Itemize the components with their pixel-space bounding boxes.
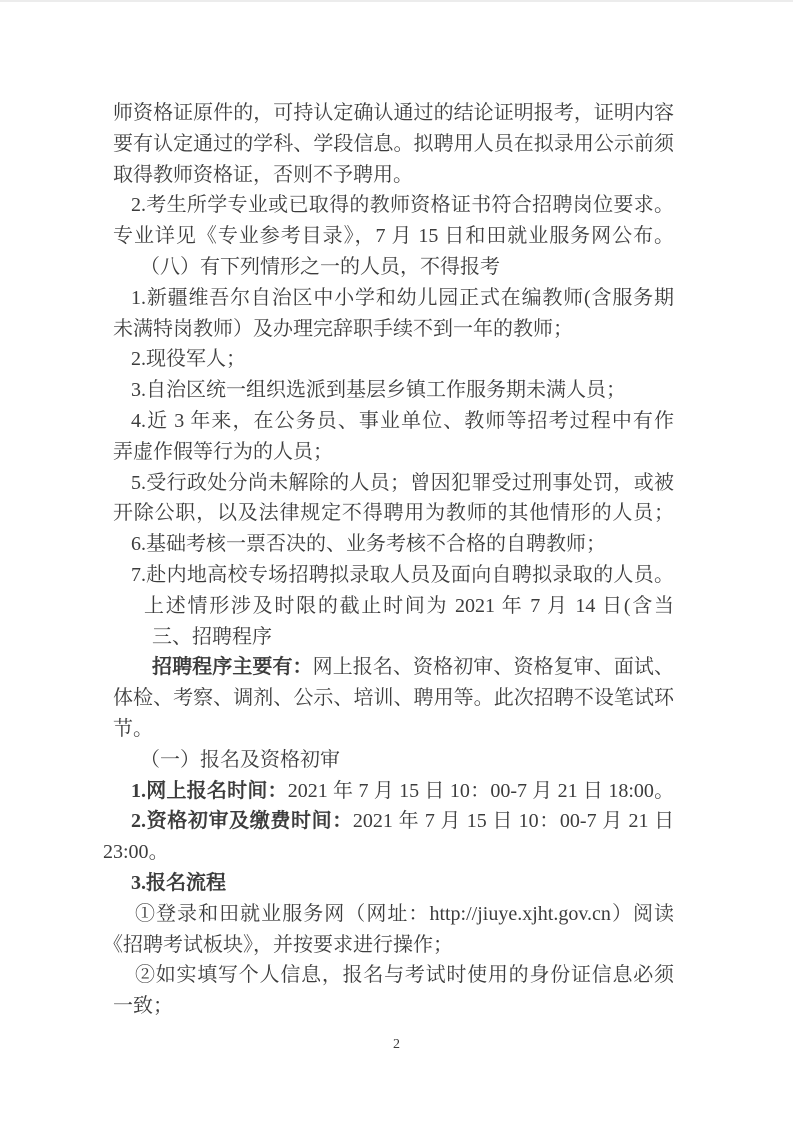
- text-segment: 15: [394, 780, 424, 802]
- text-line: （八）有下列情形之一的人员，不得报考: [140, 252, 500, 283]
- text-segment: 自治区统一组织选派到基层乡镇工作服务期未满人员；: [146, 379, 626, 401]
- text-line: （一）报名及资格初审: [140, 745, 340, 776]
- text-segment: 师资格证原件的，可持认定确认通过的结论证明报考，证明内容: [113, 102, 674, 124]
- text-segment: 年: [333, 780, 353, 802]
- text-segment: 00-7: [560, 810, 602, 832]
- text-segment: 3: [168, 410, 190, 432]
- text-segment: 3.: [131, 872, 146, 894]
- text-segment: 月: [532, 780, 552, 802]
- text-line: ②如实填写个人信息，报名与考试时使用的身份证信息必须: [135, 960, 674, 991]
- text-segment: 年: [399, 810, 420, 832]
- text-line: 招聘程序主要有：网上报名、资格初审、资格复审、面试、: [152, 652, 674, 683]
- text-segment: 上述情形涉及时限的截止时间为: [144, 595, 448, 617]
- text-segment: 月: [602, 810, 623, 832]
- text-segment: 月: [440, 810, 461, 832]
- text-segment: 23:00: [103, 841, 149, 863]
- text-line: 专业详见《专业参考目录》，7 月 15 日和田就业服务网公布。: [113, 221, 674, 252]
- text-segment: 4.: [131, 410, 146, 432]
- text-segment: 考生所学专业或已取得的教师资格证书符合招聘岗位要求。: [146, 194, 674, 216]
- text-segment: 要有认定通过的学科、学段信息。拟聘用人员在拟录用公示前须: [113, 133, 674, 155]
- text-segment: 网上报名、资格初审、资格复审、面试、: [313, 656, 674, 678]
- text-line: 3.自治区统一组织选派到基层乡镇工作服务期未满人员；: [131, 375, 626, 406]
- text-segment: 网上报名时间：: [146, 780, 288, 802]
- text-segment: 7.: [131, 564, 146, 586]
- text-segment: ）阅读: [611, 903, 674, 925]
- text-segment: 15: [412, 225, 444, 247]
- text-line: 2.现役军人；: [131, 344, 246, 375]
- document-page: 师资格证原件的，可持认定确认通过的结论证明报考，证明内容要有认定通过的学科、学段…: [0, 0, 793, 1122]
- text-segment: 月: [392, 225, 413, 247]
- text-segment: (: [584, 287, 591, 309]
- text-segment: 基础考核一票否决的、业务考核不合格的自聘教师；: [146, 533, 606, 555]
- text-segment: 近: [146, 410, 168, 432]
- text-segment: 7: [419, 810, 440, 832]
- text-segment: 新疆维吾尔自治区中小学和幼儿园正式在编教师: [146, 287, 584, 309]
- text-segment: 2021: [353, 810, 399, 832]
- text-segment: 报名流程: [146, 872, 226, 894]
- text-segment: 10: [445, 780, 470, 802]
- text-line: 弄虚作假等行为的人员；: [113, 437, 333, 468]
- text-segment: 日: [583, 780, 603, 802]
- text-line: ①登录和田就业服务网（网址：http://jiuye.xjht.gov.cn）阅…: [135, 899, 674, 930]
- text-segment: 日: [424, 780, 444, 802]
- text-line: 节。: [113, 714, 153, 745]
- text-segment: 1.: [131, 287, 146, 309]
- text-segment: 5.: [131, 472, 146, 494]
- text-segment: 资格初审及缴费时间：: [146, 810, 353, 832]
- text-line: 上述情形涉及时限的截止时间为 2021 年 7 月 14 日(含当日)。: [144, 591, 674, 622]
- text-segment: 三、招聘程序: [152, 626, 272, 648]
- text-segment: 专业详见《专业参考目录》，: [113, 225, 376, 247]
- text-segment: 体检、考察、调剂、公示、培训、聘用等。此次招聘不设笔试环: [113, 687, 674, 709]
- text-segment: 7: [353, 780, 373, 802]
- text-segment: 2021: [288, 780, 333, 802]
- page-number: 2: [0, 1036, 793, 1054]
- text-segment: 15: [461, 810, 492, 832]
- text-segment: ②如实填写个人信息，报名与考试时使用的身份证信息必须: [135, 964, 674, 986]
- text-segment: ：: [470, 780, 490, 802]
- text-line: 体检、考察、调剂、公示、培训、聘用等。此次招聘不设笔试环: [113, 683, 674, 714]
- text-line: 6.基础考核一票否决的、业务考核不合格的自聘教师；: [131, 529, 606, 560]
- text-line: 一致；: [113, 991, 173, 1022]
- text-segment: 年: [502, 595, 524, 617]
- text-segment: 开除公职，以及法律规定不得聘用为教师的其他情形的人员；: [113, 502, 674, 524]
- text-segment: 14: [569, 595, 602, 617]
- text-segment: 月: [547, 595, 569, 617]
- text-segment: 一致；: [113, 995, 173, 1017]
- text-segment: 日: [602, 595, 624, 617]
- text-segment: 6.: [131, 533, 146, 555]
- text-line: 《招聘考试板块》，并按要求进行操作；: [103, 930, 453, 961]
- text-line: 2.考生所学专业或已取得的教师资格证书符合招聘岗位要求。: [131, 190, 674, 221]
- text-segment: （一）报名及资格初审: [140, 749, 340, 771]
- text-line: 未满特岗教师）及办理完辞职手续不到一年的教师；: [113, 314, 573, 345]
- text-segment: 受行政处分尚未解除的人员；曾因犯罪受过刑事处罚，或被: [146, 472, 674, 494]
- text-segment: 未满特岗教师）及办理完辞职手续不到一年的教师；: [113, 318, 573, 340]
- text-segment: 节。: [113, 718, 153, 740]
- text-segment: 年来，在公务员、事业单位、教师等招考过程中有作弊、: [131, 410, 674, 437]
- text-segment: 月: [374, 780, 394, 802]
- text-line: 7.赴内地高校专场招聘拟录取人员及面向自聘拟录取的人员。: [131, 560, 674, 591]
- text-line: 三、招聘程序: [152, 622, 272, 653]
- text-line: 2.资格初审及缴费时间：2021 年 7 月 15 日 10：00-7 月 21…: [131, 806, 674, 837]
- text-segment: 21: [623, 810, 654, 832]
- text-segment: 2.: [131, 194, 146, 216]
- text-segment: 日和田就业服务网公布。: [444, 225, 674, 247]
- text-line: 23:00。: [103, 837, 169, 868]
- document-body: 师资格证原件的，可持认定确认通过的结论证明报考，证明内容要有认定通过的学科、学段…: [0, 0, 793, 1122]
- text-segment: 7: [523, 595, 546, 617]
- text-segment: 。: [654, 780, 674, 802]
- text-line: 要有认定通过的学科、学段信息。拟聘用人员在拟录用公示前须: [113, 129, 674, 160]
- text-segment: ①登录和田就业服务网（网址：: [135, 903, 429, 925]
- text-segment: http://jiuye.xjht.gov.cn: [429, 903, 610, 925]
- text-segment: 取得教师资格证，否则不予聘用。: [113, 164, 413, 186]
- text-segment: ：: [539, 810, 560, 832]
- text-segment: 现役军人；: [146, 348, 246, 370]
- text-segment: 招聘程序主要有：: [152, 656, 313, 678]
- text-segment: 《招聘考试板块》，并按要求进行操作；: [103, 934, 453, 956]
- text-segment: 。: [149, 841, 169, 863]
- text-segment: 2.: [131, 810, 146, 832]
- text-segment: 7: [376, 225, 392, 247]
- text-line: 4.近 3 年来，在公务员、事业单位、教师等招考过程中有作弊、: [131, 406, 674, 437]
- text-line: 5.受行政处分尚未解除的人员；曾因犯罪受过刑事处罚，或被: [131, 468, 674, 499]
- text-line: 师资格证原件的，可持认定确认通过的结论证明报考，证明内容: [113, 98, 674, 129]
- text-line: 开除公职，以及法律规定不得聘用为教师的其他情形的人员；: [113, 498, 674, 529]
- text-segment: 赴内地高校专场招聘拟录取人员及面向自聘拟录取的人员。: [146, 564, 674, 586]
- text-segment: （八）有下列情形之一的人员，不得报考: [140, 256, 500, 278]
- text-segment: 1.: [131, 780, 146, 802]
- text-line: 1.新疆维吾尔自治区中小学和幼儿园正式在编教师(含服务期: [131, 283, 674, 314]
- text-line: 1.网上报名时间：2021 年 7 月 15 日 10：00-7 月 21 日 …: [131, 776, 674, 807]
- text-segment: (: [624, 595, 631, 617]
- text-segment: 3.: [131, 379, 146, 401]
- text-segment: 00-7: [490, 780, 532, 802]
- text-line: 3.报名流程: [131, 868, 226, 899]
- text-segment: 弄虚作假等行为的人员；: [113, 441, 333, 463]
- text-segment: 日: [654, 810, 674, 832]
- text-segment: 10: [513, 810, 539, 832]
- text-segment: 18:00: [603, 780, 654, 802]
- text-segment: 21: [552, 780, 582, 802]
- text-segment: 2021: [448, 595, 501, 617]
- text-segment: 日: [492, 810, 513, 832]
- text-segment: 2.: [131, 348, 146, 370]
- text-line: 取得教师资格证，否则不予聘用。: [113, 160, 413, 191]
- text-segment: 含服务期: [591, 287, 674, 309]
